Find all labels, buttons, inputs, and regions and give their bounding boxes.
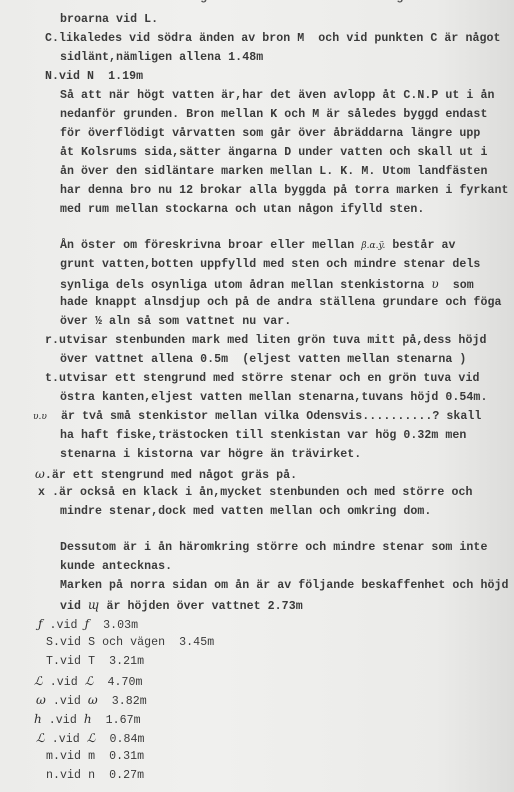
text-line: ån över den sidläntare marken mellan L. … [60,165,487,179]
entry-t: t.utvisar ett stengrund med större stena… [45,372,479,386]
measurement-marker: ℒ [34,674,43,688]
text-line: Så att när högt vatten är,har det även a… [60,89,494,103]
text-line: mindre stenar,dock med vatten mellan och… [60,505,431,519]
entry-text: är två små stenkistor mellan vilka Odens… [61,410,481,423]
text-line: Dessutom är i ån häromkring större och m… [60,541,487,555]
entry-text: vid N 1.19m [59,70,143,83]
measurement-point: ƒ [85,617,90,631]
text-line-with-symbols: vid ɰ är höjden över vattnet 2.73m [60,598,303,614]
text-line: med rum mellan stockarna och utan någon … [60,203,424,217]
measurement-marker: ℒ [36,731,45,745]
entry-marker: x [38,486,45,499]
entry-r: r.utvisar stenbunden mark med liten grön… [45,334,486,348]
measurement-point: ℒ [87,731,96,745]
text-line: åt Kolsrums sida,sätter ängarna D under … [60,146,487,160]
measurement-value: 3.03m [103,619,138,632]
measurement-point: ℎ [84,712,92,726]
entry-stone-chests: υ.υ är två små stenkistor mellan vilka O… [33,410,481,424]
text-line: broarna vid L. [60,13,158,27]
text-line: östra kanten,eljest vatten mellan stenar… [60,391,487,405]
text-line: har denna bro nu 12 brokar alla byggda p… [60,184,508,198]
handwritten-symbols: υ [431,277,438,291]
measurement-point: m [88,750,95,763]
entry-n: N.vid N 1.19m [45,70,143,84]
measurement-value: 4.70m [107,676,142,689]
text-before: Ån öster om föreskrivna broar eller mell… [60,239,354,252]
measurement-row: ω .vid ω 3.82m [36,693,147,709]
measurement-row: T.vid T 3.21m [46,655,144,669]
measurement-value: 0.84m [109,733,144,746]
text-line: för överflödigt vårvatten som går över å… [60,127,480,141]
entry-marker: t. [45,372,59,385]
entry-marker: ω [35,467,45,481]
measurement-marker: S. [46,636,60,649]
measurement-label: .vid [50,619,78,632]
text-line: kunde antecknas. [60,560,172,574]
entry-text: .är ett stengrund med något gräs på. [45,469,297,482]
measurement-marker: ℎ [34,712,42,726]
text-line: ha haft fiske,trästocken till stenkistan… [60,429,466,443]
measurement-row: ƒ .vid ƒ 3.03m [38,617,138,633]
entry-text: utvisar ett stengrund med större stenar … [59,372,479,385]
text-line: hade knappt alnsdjup och på de andra stä… [60,296,501,310]
measurement-label: .vid [52,733,80,746]
measurement-marker: ƒ [38,617,43,631]
typewritten-page: av hus vattnet är högt sedan har vattnet… [0,0,514,792]
measurement-label: .vid [49,714,77,727]
entry-text: .är också en klack i ån,mycket stenbunde… [52,486,472,499]
measurement-value: 3.45m [179,636,214,649]
entry-marker: r. [45,334,59,347]
measurement-point: ω [88,693,98,707]
text-before: synliga dels osynliga utom ådran mellan … [60,279,424,292]
entry-text: utvisar stenbunden mark med liten grön t… [59,334,486,347]
text-line-with-symbols: synliga dels osynliga utom ådran mellan … [60,277,474,293]
handwritten-symbols: ɰ [88,598,99,612]
measurement-row: m.vid m 0.31m [46,750,144,764]
measurement-label: vid [60,750,81,763]
entry-omega: ω.är ett stengrund med något gräs på. [35,467,297,483]
measurement-value: 3.82m [112,695,147,708]
measurement-row: S.vid S och vägen 3.45m [46,636,214,650]
cut-top-line: av hus vattnet är högt sedan har vattnet… [60,0,466,5]
measurement-label: vid [60,655,81,668]
text-line-with-symbols: Ån öster om föreskrivna broar eller mell… [60,239,455,253]
text-line: över vattnet allena 0.5m (eljest vatten … [60,353,466,367]
measurement-marker: ω [36,693,46,707]
text-after: är höjden över vattnet 2.73m [107,600,303,613]
measurement-row: ℎ .vid ℎ 1.67m [34,712,141,728]
entry-marker: C. [45,32,59,45]
entry-text: likaledes vid södra änden av bron M och … [59,32,500,45]
measurement-marker: T. [46,655,60,668]
text-line: nedanför grunden. Bron mellan K och M är… [60,108,487,122]
text-line: över ½ aln så som vattnet nu var. [60,315,291,329]
measurement-label: .vid [53,695,81,708]
measurement-point: ℒ [85,674,94,688]
handwritten-symbols: β.α.ÿ. [361,241,385,251]
measurement-marker: n. [46,769,60,782]
measurement-point: n [88,769,95,782]
measurement-row: ℒ .vid ℒ 4.70m [34,674,143,690]
text-line: stenarna i kistorna var högre än trävirk… [60,448,361,462]
measurement-point: S och vägen [88,636,165,649]
entry-marker: N. [45,70,59,83]
measurement-value: 3.21m [109,655,144,668]
text-line: sidlänt,nämligen allena 1.48m [60,51,263,65]
text-line: grunt vatten,botten uppfylld med sten oc… [60,258,480,272]
measurement-value: 0.27m [109,769,144,782]
measurement-label: vid [60,769,81,782]
text-before: vid [60,600,81,613]
measurement-value: 0.31m [109,750,144,763]
measurement-label: vid [60,636,81,649]
text-after: består av [392,239,455,252]
entry-x: x .är också en klack i ån,mycket stenbun… [38,486,472,500]
measurement-value: 1.67m [106,714,141,727]
measurement-row: ℒ .vid ℒ 0.84m [36,731,145,747]
measurement-label: .vid [50,676,78,689]
measurement-point: T [88,655,95,668]
entry-c: C.likaledes vid södra änden av bron M oc… [45,32,500,46]
entry-marker: υ.υ [33,412,47,422]
text-line: Marken på norra sidan om ån är av följan… [60,579,508,593]
measurement-marker: m. [46,750,60,763]
text-after: som [453,279,474,292]
measurement-row: n.vid n 0.27m [46,769,144,783]
